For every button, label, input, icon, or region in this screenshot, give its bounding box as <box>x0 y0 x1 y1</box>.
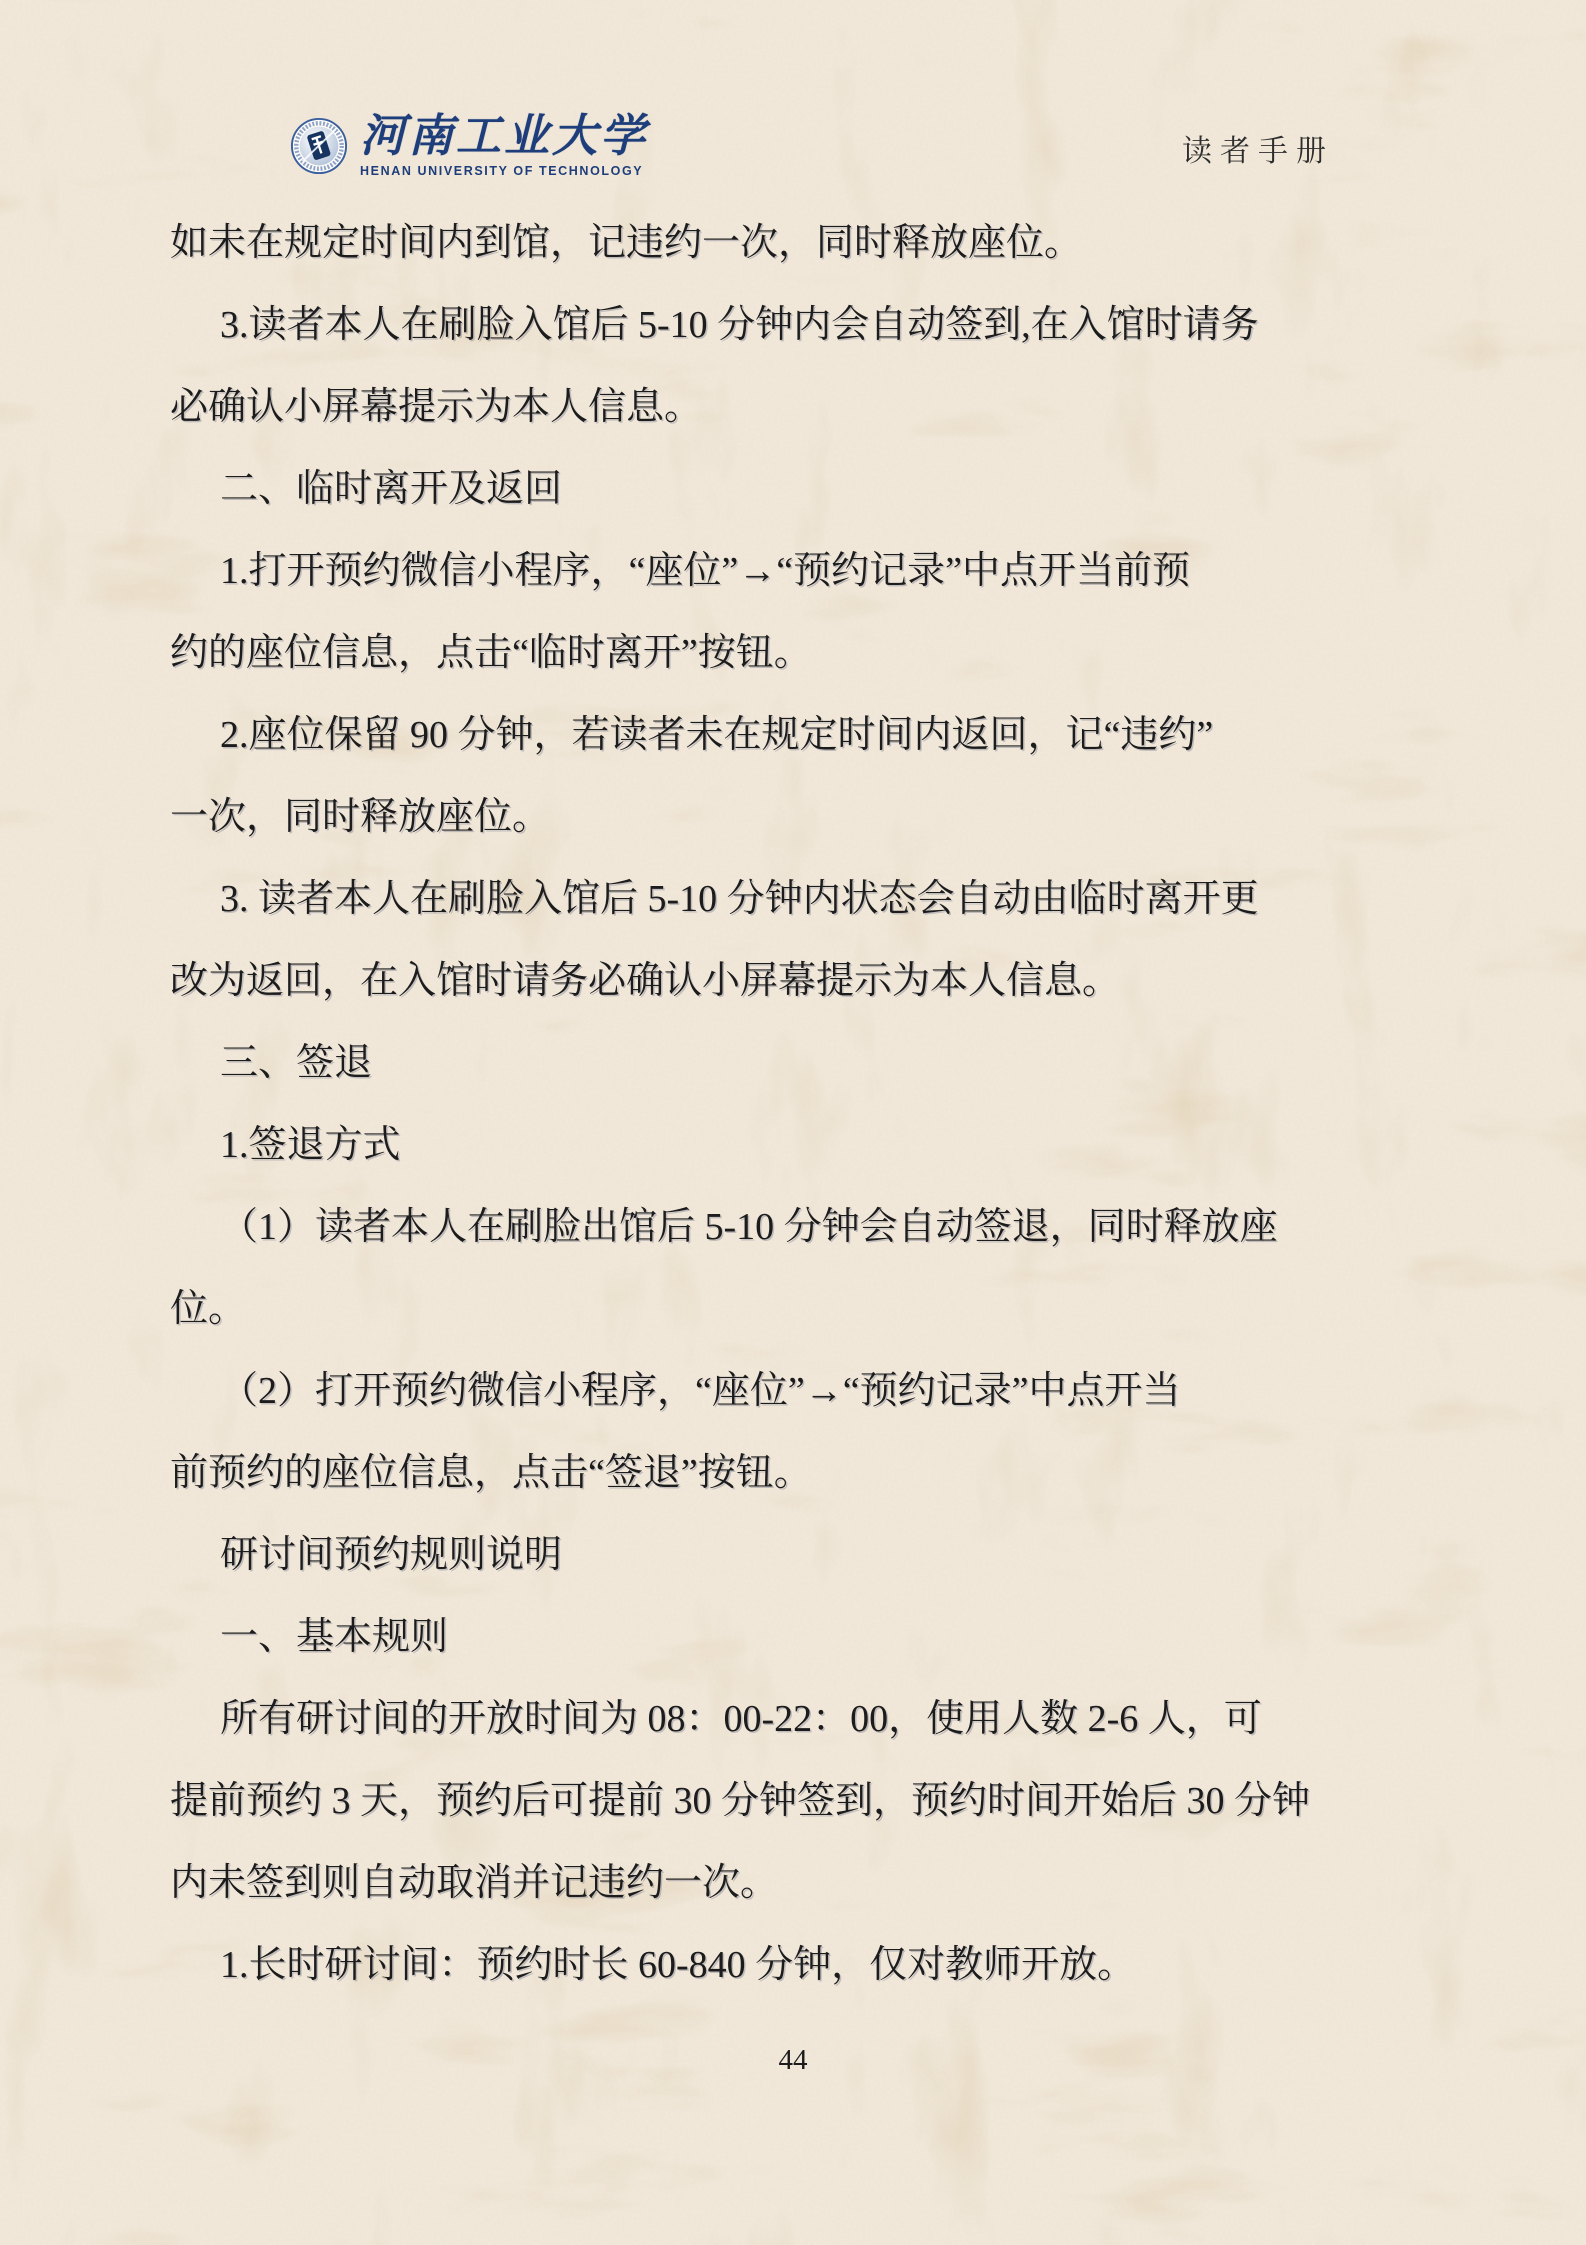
body-text-line: 内未签到则自动取消并记违约一次。 <box>170 1842 1422 1924</box>
body-text-line: 一次，同时释放座位。 <box>170 776 1422 858</box>
body-text-line: （1）读者本人在刷脸出馆后 5-10 分钟会自动签退，同时释放座 <box>170 1186 1422 1268</box>
university-name-en: HENAN UNIVERSITY OF TECHNOLOGY <box>360 164 648 178</box>
body-text-line: 1.打开预约微信小程序，“座位”→“预约记录”中点开当前预 <box>170 530 1422 612</box>
page-number: 44 <box>0 2044 1586 2077</box>
body-text-line: 如未在规定时间内到馆，记违约一次，同时释放座位。 <box>170 202 1422 284</box>
body-text-line: 3.读者本人在刷脸入馆后 5-10 分钟内会自动签到,在入馆时请务 <box>170 284 1422 366</box>
university-logo: 河南工业大学 HENAN UNIVERSITY OF TECHNOLOGY <box>290 114 648 178</box>
doc-title: 读者手册 <box>1182 126 1334 170</box>
document-page: 河南工业大学 HENAN UNIVERSITY OF TECHNOLOGY 读者… <box>0 0 1586 2245</box>
body-text-line: （2）打开预约微信小程序，“座位”→“预约记录”中点开当 <box>170 1350 1422 1432</box>
body-text-line: 3. 读者本人在刷脸入馆后 5-10 分钟内状态会自动由临时离开更 <box>170 858 1422 940</box>
body-text-line: 研讨间预约规则说明 <box>170 1514 1422 1596</box>
body-text-line: 三、签退 <box>170 1022 1422 1104</box>
body-text-line: 所有研讨间的开放时间为 08：00-22：00，使用人数 2-6 人，可 <box>170 1678 1422 1760</box>
body-text-line: 前预约的座位信息，点击“签退”按钮。 <box>170 1432 1422 1514</box>
university-emblem-icon <box>290 117 348 175</box>
university-name-cn: 河南工业大学 <box>360 114 648 159</box>
body-text-line: 提前预约 3 天，预约后可提前 30 分钟签到，预约时间开始后 30 分钟 <box>170 1760 1422 1842</box>
body-text-line: 约的座位信息，点击“临时离开”按钮。 <box>170 612 1422 694</box>
body-text-line: 1.签退方式 <box>170 1104 1422 1186</box>
body-text-line: 位。 <box>170 1268 1422 1350</box>
body-text-line: 二、临时离开及返回 <box>170 448 1422 530</box>
body-text-line: 1.长时研讨间：预约时长 60-840 分钟，仅对教师开放。 <box>170 1924 1422 2006</box>
university-name-block: 河南工业大学 HENAN UNIVERSITY OF TECHNOLOGY <box>360 114 648 178</box>
body-text-line: 改为返回，在入馆时请务必确认小屏幕提示为本人信息。 <box>170 940 1422 1022</box>
body-text-line: 一、基本规则 <box>170 1596 1422 1678</box>
body-text-line: 必确认小屏幕提示为本人信息。 <box>170 366 1422 448</box>
body-text-line: 2.座位保留 90 分钟，若读者未在规定时间内返回，记“违约” <box>170 694 1422 776</box>
document-body: 如未在规定时间内到馆，记违约一次，同时释放座位。3.读者本人在刷脸入馆后 5-1… <box>170 202 1422 2006</box>
